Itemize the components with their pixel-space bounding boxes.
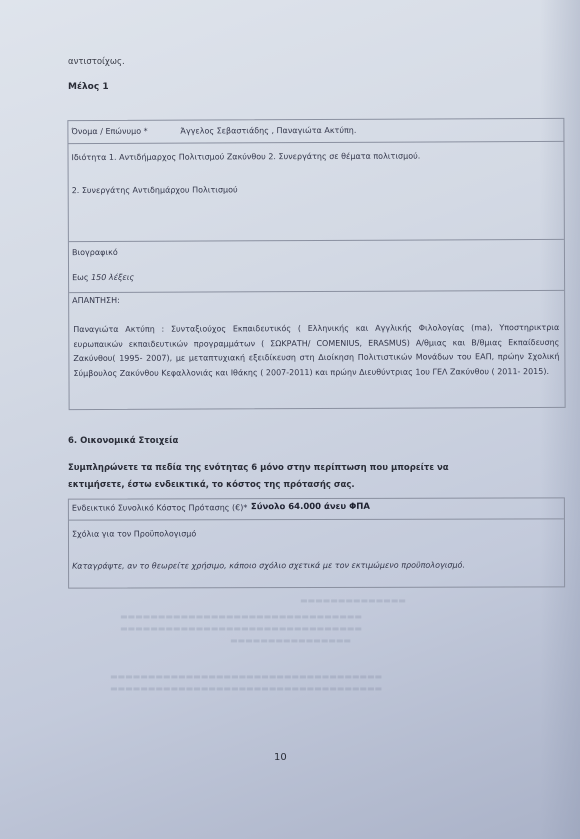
bleed-through-text: ▬▬▬▬▬▬▬▬▬▬▬▬▬▬▬▬▬▬▬▬▬▬▬▬▬▬▬▬▬▬▬▬ bbox=[120, 624, 362, 633]
cost-value: Σύνολο 64.000 άνευ ΦΠΑ bbox=[251, 502, 370, 512]
financial-section-title: 6. Οικονομικά Στοιχεία bbox=[68, 436, 178, 446]
page-number: 10 bbox=[274, 752, 287, 763]
bio-hint-prefix: Εως bbox=[72, 273, 91, 282]
role-line-2: 2. Συνεργάτης Αντιδημάρχου Πολιτισμού bbox=[72, 185, 238, 195]
bleed-through-text: ▬▬▬▬▬▬▬▬▬▬▬▬▬▬ bbox=[300, 596, 406, 605]
role-row: Ιδιότητα 1. Αντιδήμαρχος Πολιτισμού Ζακύ… bbox=[68, 141, 563, 252]
cost-row: Ενδεικτικό Συνολικό Κόστος Πρότασης (€)*… bbox=[69, 498, 564, 519]
bio-hint-limit: 150 λέξεις bbox=[91, 273, 134, 282]
name-value: Άγγελος Σεβαστιάδης , Παναγιώτα Ακτύπη. bbox=[180, 126, 356, 136]
member-table: Όνομα / Επώνυμο * Άγγελος Σεβαστιάδης , … bbox=[67, 118, 565, 410]
answer-label: ΑΠΑΝΤΗΣΗ: bbox=[72, 296, 120, 305]
answer-row: ΑΠΑΝΤΗΣΗ: bbox=[69, 290, 564, 293]
name-label: Όνομα / Επώνυμο * bbox=[71, 127, 147, 136]
comments-hint: Καταγράψτε, αν το θεωρείτε χρήσιμο, κάπο… bbox=[72, 561, 465, 571]
name-row: Όνομα / Επώνυμο * Άγγελος Σεβαστιάδης , … bbox=[68, 119, 563, 143]
bleed-through-text: ▬▬▬▬▬▬▬▬▬▬▬▬▬▬▬▬▬▬▬▬▬▬▬▬▬▬▬▬▬▬▬▬▬▬▬▬ bbox=[110, 672, 382, 681]
cost-label: Ενδεικτικό Συνολικό Κόστος Πρότασης (€)* bbox=[72, 503, 247, 512]
role-line-1: Ιδιότητα 1. Αντιδήμαρχος Πολιτισμού Ζακύ… bbox=[72, 152, 421, 163]
document-page: ▬▬▬▬▬▬▬▬▬▬▬▬▬▬ ▬▬▬▬▬▬▬▬▬▬▬▬▬▬▬▬▬▬▬▬▬▬▬▬▬… bbox=[0, 0, 580, 839]
comments-label: Σχόλια για τον Προϋπολογισμό bbox=[72, 529, 196, 538]
budget-table: Ενδεικτικό Συνολικό Κόστος Πρότασης (€)*… bbox=[68, 497, 565, 588]
answer-text: Παναγιώτα Ακτύπη : Συνταξιούχος Εκπαιδευ… bbox=[73, 321, 559, 381]
bleed-through-text: ▬▬▬▬▬▬▬▬▬▬▬▬▬▬▬▬ bbox=[230, 636, 351, 645]
intro-text: αντιστοίχως. bbox=[68, 57, 125, 67]
comments-row: Σχόλια για τον Προϋπολογισμό Καταγράψτε,… bbox=[69, 518, 564, 520]
member-heading: Μέλος 1 bbox=[68, 82, 109, 92]
bleed-through-text: ▬▬▬▬▬▬▬▬▬▬▬▬▬▬▬▬▬▬▬▬▬▬▬▬▬▬▬▬▬▬▬▬▬▬▬▬ bbox=[110, 684, 382, 693]
bio-hint: Εως 150 λέξεις bbox=[72, 273, 134, 282]
bio-label: Βιογραφικό bbox=[72, 248, 118, 257]
bleed-through-text: ▬▬▬▬▬▬▬▬▬▬▬▬▬▬▬▬▬▬▬▬▬▬▬▬▬▬▬▬▬▬▬▬ bbox=[120, 612, 362, 621]
financial-section-description: Συμπληρώνετε τα πεδία της ενότητας 6 μόν… bbox=[68, 460, 488, 494]
